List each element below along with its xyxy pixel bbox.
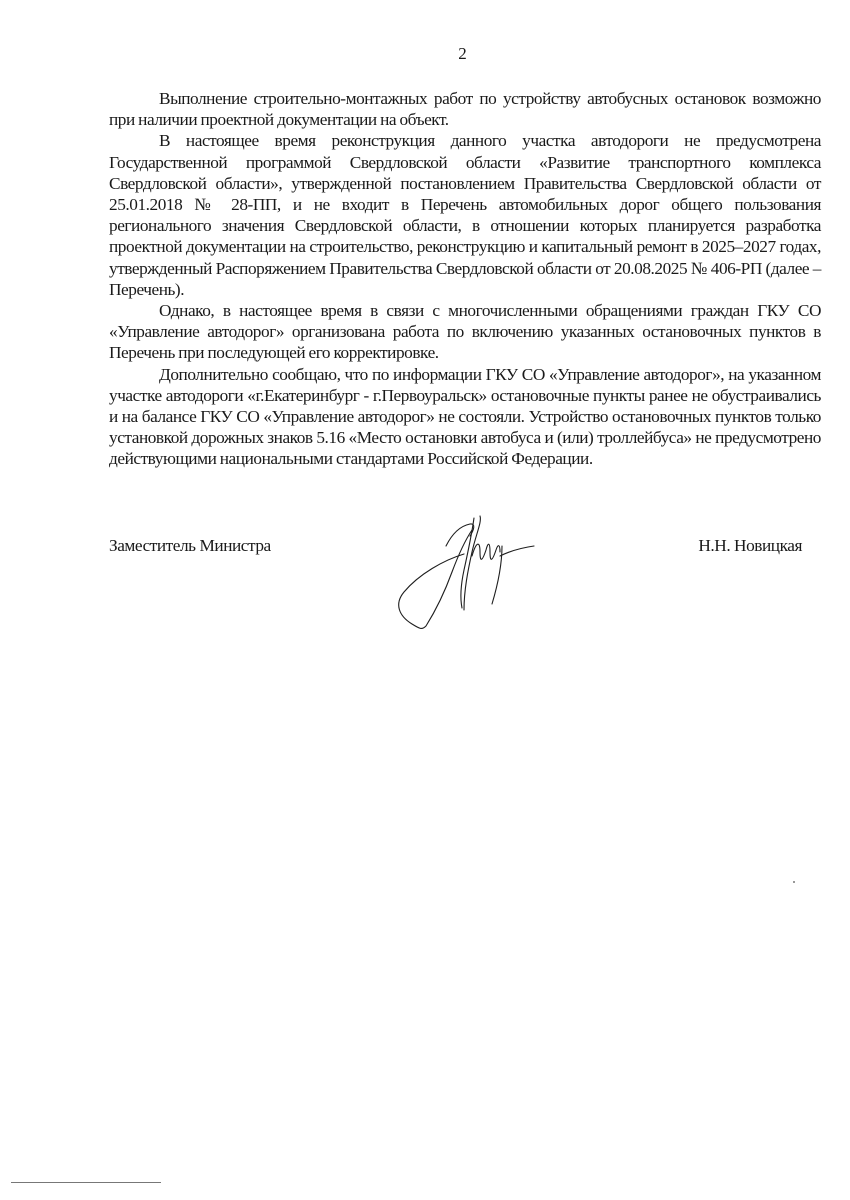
scan-speck bbox=[793, 881, 795, 883]
signature-block: Заместитель Министра Н.Н. Новицкая bbox=[109, 536, 821, 666]
paragraph-inclusion-in-list: Однако, в настоящее время в связи с мног… bbox=[109, 300, 821, 364]
handwritten-signature-icon bbox=[364, 512, 554, 642]
signatory-name: Н.Н. Новицкая bbox=[698, 536, 802, 556]
paragraph-project-documentation: Выполнение строительно-монтажных работ п… bbox=[109, 88, 821, 130]
page-number: 2 bbox=[0, 44, 850, 64]
paragraph-additional-info: Дополнительно сообщаю, что по информации… bbox=[109, 364, 821, 470]
letter-body: Выполнение строительно-монтажных работ п… bbox=[109, 88, 821, 470]
signatory-position: Заместитель Министра bbox=[109, 536, 271, 556]
footer-divider bbox=[11, 1182, 161, 1183]
paragraph-reconstruction-status: В настоящее время реконструкция данного … bbox=[109, 130, 821, 300]
